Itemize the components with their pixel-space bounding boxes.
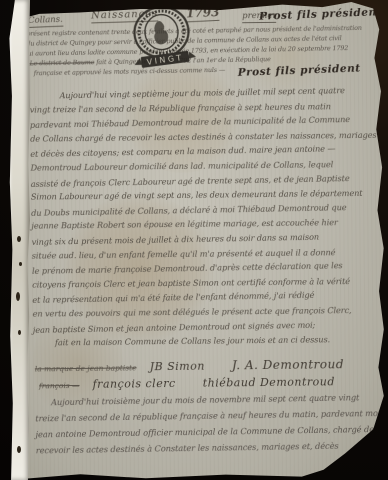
signature-row-2: françois — françois clerc thiébaud Demon… — [39, 370, 357, 392]
struck-signature-note: françois — — [39, 381, 80, 390]
commune-label-text: Collans. — [28, 15, 63, 28]
attestation-struck-text: Le district de Baume — [30, 58, 95, 67]
binding-speck — [17, 236, 21, 242]
signature-francois-clerc: françois clerc — [93, 377, 176, 391]
binding-speck — [18, 330, 21, 335]
president-signature-top: Prost fils président — [259, 6, 382, 22]
commune-label: Collans. — [28, 15, 63, 26]
revenue-stamp: VINGT — [121, 0, 203, 77]
manuscript-closing-line: fait en la maison Commune de Collans les… — [33, 334, 386, 353]
signature-thiebaud-demontroud: thiébaud Demontroud — [203, 375, 335, 389]
birth-act-july-1793: Aujourd'hui vingt septième jour du mois … — [29, 85, 386, 353]
binding-speck — [17, 446, 21, 453]
manuscript-page: Collans. Naissances 1793 premier Prost f… — [21, 1, 388, 480]
binding-speck — [16, 292, 20, 301]
president-signature-bottom: Prost fils président — [238, 62, 361, 78]
archive-photo-background: Collans. Naissances 1793 premier Prost f… — [0, 0, 388, 480]
book-binding-edge — [9, 0, 30, 480]
act-november-1793: Aujourd'hui troisième jour du mois de no… — [35, 392, 381, 461]
stamp-figure — [152, 20, 169, 45]
binding-speck — [19, 262, 22, 266]
